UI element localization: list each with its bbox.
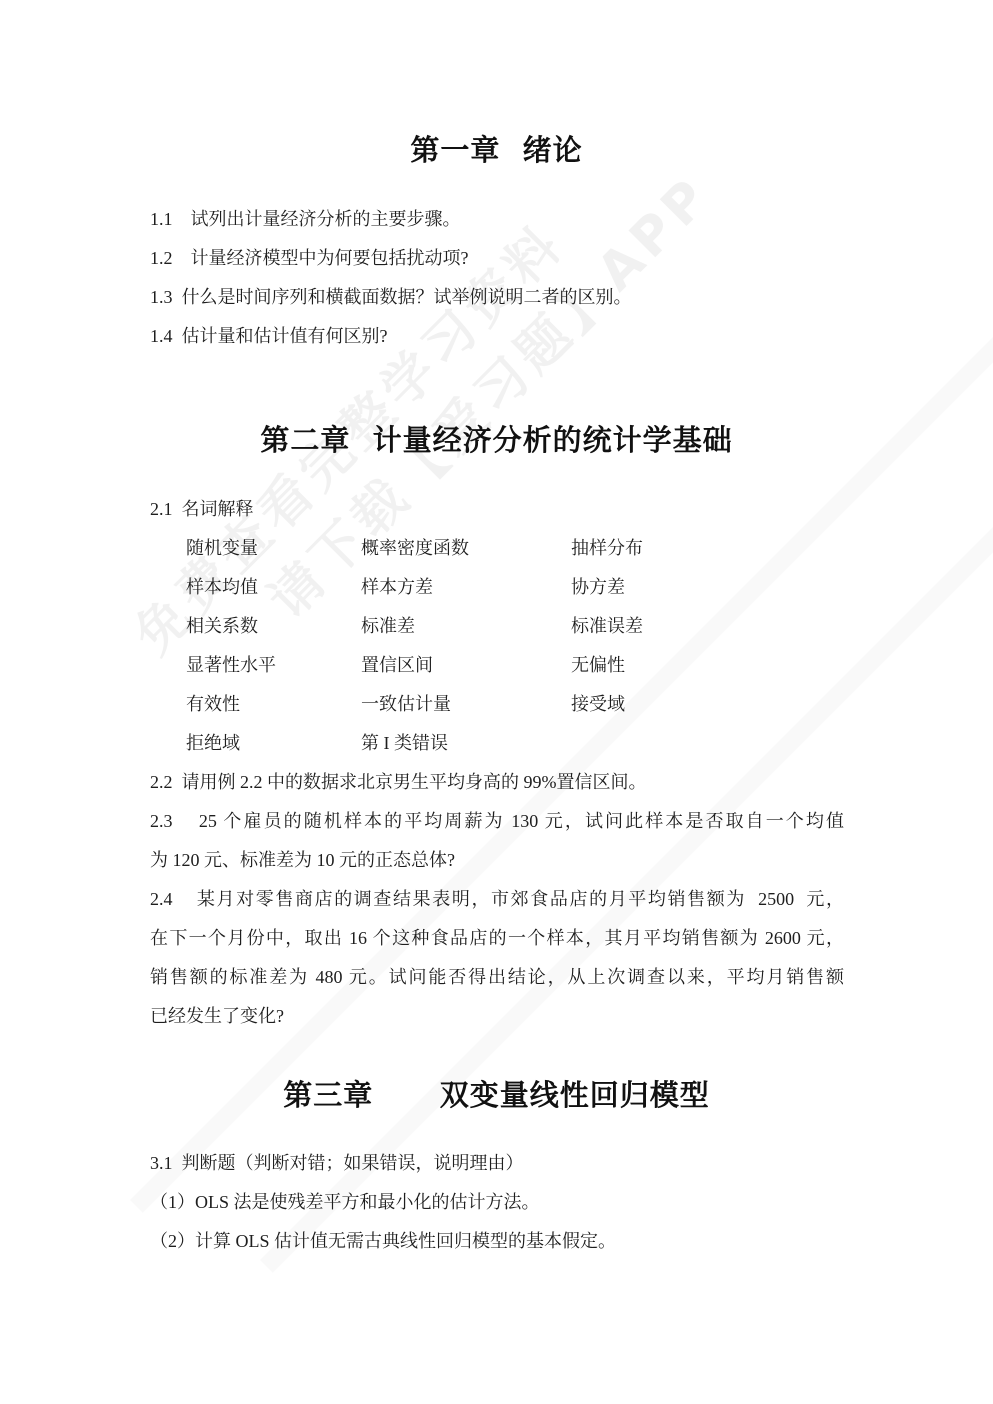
term: 标准差 — [361, 614, 415, 638]
term: 接受域 — [571, 692, 625, 716]
term: 标准误差 — [571, 614, 643, 638]
term: 样本方差 — [361, 575, 433, 599]
question-3-1-item-1: （1）OLS 法是使残差平方和最小化的估计方法。 — [150, 1190, 540, 1214]
question-1-4: 1.4 估计量和估计值有何区别? — [150, 324, 388, 348]
question-3-1-label: 3.1 判断题（判断对错；如果错误，说明理由） — [150, 1151, 524, 1175]
chapter-2-title: 第二章 计量经济分析的统计学基础 — [0, 418, 993, 459]
watermark-stripe — [130, 210, 993, 1213]
chapter-1-title: 第一章 绪论 — [0, 128, 993, 169]
question-1-3: 1.3 什么是时间序列和横截面数据？试举例说明二者的区别。 — [150, 285, 632, 309]
question-3-1-item-2: （2）计算 OLS 估计值无需古典线性回归模型的基本假定。 — [150, 1229, 616, 1253]
question-2-4-line-3: 销售额的标准差为 480 元。试问能否得出结论，从上次调查以来，平均月销售额 — [150, 965, 844, 989]
watermark: 免费查看完整学习资料 请下载【爱习题】APP — [120, 0, 855, 719]
question-2-3-line-1: 2.3 25 个雇员的随机样本的平均周薪为 130 元，试问此样本是否取自一个均… — [150, 809, 844, 833]
term: 相关系数 — [186, 614, 258, 638]
term: 第 I 类错误 — [361, 731, 448, 755]
term: 一致估计量 — [361, 692, 451, 716]
term: 抽样分布 — [571, 536, 643, 560]
question-2-2: 2.2 请用例 2.2 中的数据求北京男生平均身高的 99%置信区间。 — [150, 770, 647, 794]
question-2-4-line-4: 已经发生了变化? — [150, 1004, 284, 1028]
term: 无偏性 — [571, 653, 625, 677]
term: 置信区间 — [361, 653, 433, 677]
term: 显著性水平 — [186, 653, 276, 677]
question-2-4-line-1: 2.4 某月对零售商店的调查结果表明，市郊食品店的月平均销售额为 2500 元， — [150, 887, 844, 911]
term: 样本均值 — [186, 575, 258, 599]
chapter-3-title: 第三章 双变量线性回归模型 — [0, 1073, 993, 1114]
question-2-1-label: 2.1 名词解释 — [150, 497, 254, 521]
term: 概率密度函数 — [361, 536, 469, 560]
question-2-4-line-2: 在下一个月份中，取出 16 个这种食品店的一个样本，其月平均销售额为 2600 … — [150, 926, 844, 950]
question-1-2: 1.2 计量经济模型中为何要包括扰动项? — [150, 246, 469, 270]
term: 拒绝域 — [186, 731, 240, 755]
term: 协方差 — [571, 575, 625, 599]
term: 随机变量 — [186, 536, 258, 560]
term: 有效性 — [186, 692, 240, 716]
question-1-1: 1.1 试列出计量经济分析的主要步骤。 — [150, 207, 461, 231]
document-page: 免费查看完整学习资料 请下载【爱习题】APP 第一章 绪论 1.1 试列出计量经… — [0, 0, 993, 1404]
question-2-3-line-2: 为 120 元、标准差为 10 元的正态总体? — [150, 848, 455, 872]
